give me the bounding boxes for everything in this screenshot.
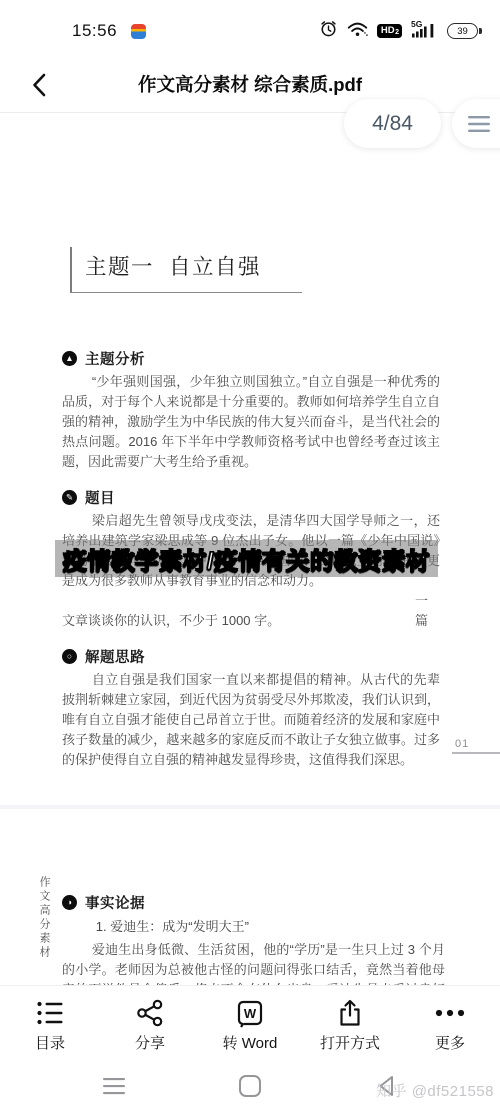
section-bullet-icon: ▲ [62,351,77,366]
word-file-icon: W [235,997,265,1028]
phone-screen: 15:56 HD2 [0,0,500,1111]
section-bullet-icon: ○ [62,649,77,664]
section-body: 自立自强是我们国家一直以来都提倡的精神。从古代的先辈披荆斩棘建立家园，到近代因为… [62,670,440,770]
section-bullet-icon: ◑ [62,895,77,910]
title-underline [70,292,302,293]
page-separator [0,805,500,809]
share-label: 分享 [135,1032,165,1053]
section-solution-ideas: ○ 解题思路 [62,646,440,666]
share-nodes-icon [135,997,165,1028]
watermark-caption: 疫情教学素材/疫情有关的教资素材 [55,540,438,577]
document-title: 作文高分素材 综合素质.pdf [138,71,362,97]
page2-side-label: 作文高分素材 [36,876,52,960]
nav-menu-button[interactable] [92,1068,136,1104]
page-indicator-pill[interactable]: 4/84 [344,99,441,148]
section-theme-analysis: ▲ 主题分析 [62,348,440,368]
bottom-toolbar: 目录 分享 W 转 Word [0,985,500,1061]
section-heading: 解题思路 [85,646,145,667]
section-topic: ✎ 题目 [62,487,440,507]
section-bullet-icon: ✎ [62,490,77,505]
toc-button[interactable]: 目录 [0,986,100,1061]
pdf-theme-title: 主题一 自立自强 [70,250,302,281]
nav-home-icon [237,1073,263,1099]
zhihu-watermark: 知乎 @df521558 [376,1080,494,1101]
thumbnail-menu-pill[interactable] [452,99,500,148]
more-label: 更多 [435,1032,465,1053]
chevron-left-icon [29,72,49,98]
nav-home-button[interactable] [228,1068,272,1104]
more-dots-icon [433,997,467,1028]
section-heading: 主题分析 [85,348,145,369]
open-with-button[interactable]: 打开方式 [300,986,400,1061]
wifi-icon [347,20,368,42]
page1-number: 01 [452,738,500,754]
battery-percent: 39 [457,26,468,37]
back-button[interactable] [24,70,54,100]
export-icon [335,997,365,1028]
page-indicator-label: 4/84 [372,112,413,136]
convert-word-label: 转 Word [223,1032,278,1053]
volte-hd-badge: HD2 [377,24,402,38]
toc-label: 目录 [35,1032,65,1053]
section-heading: 事实论据 [85,892,145,913]
section-body: 爱迪生出身低微、生活贫困，他的“学历”是一生只上过 3 个月的小学。老师因为总被… [62,940,445,985]
clock-time: 15:56 [72,21,117,41]
open-with-label: 打开方式 [320,1032,380,1053]
svg-text:5G: 5G [411,19,423,29]
hamburger-icon [467,114,491,134]
section-factual-evidence: ◑ 事实论据 [62,892,445,912]
battery-icon: 39 [447,23,478,39]
obscured-text-line: 一篇 [62,591,440,611]
convert-word-button[interactable]: W 转 Word [200,986,300,1061]
share-button[interactable]: 分享 [100,986,200,1061]
toc-list-icon [35,997,65,1028]
nav-menu-icon [100,1075,128,1097]
section-heading: 题目 [85,487,115,508]
status-icons: HD2 5G 39 [319,19,478,43]
page2-content: ◑ 事实论据 1. 爱迪生：成为“发明大王” 爱迪生出身低微、生活贫困，他的“学… [62,892,445,985]
title-accent-bar [70,247,72,293]
more-button[interactable]: 更多 [400,986,500,1061]
status-bar: 15:56 HD2 [0,0,500,56]
section-body-continuation: 文章谈谈你的认识，不少于 1000 字。 [62,611,440,631]
notification-app-icon [131,24,146,39]
obscured-line-tail: 一篇 [415,591,440,631]
cellular-signal-icon: 5G [411,19,438,43]
evidence-item-title: 1. 爱迪生：成为“发明大王” [62,916,445,938]
alarm-icon [319,19,338,43]
section-body: “少年强则国强，少年独立则国独立。”自立自强是一种优秀的品质，对于每个人来说都是… [62,372,440,472]
svg-text:W: W [244,1005,257,1020]
